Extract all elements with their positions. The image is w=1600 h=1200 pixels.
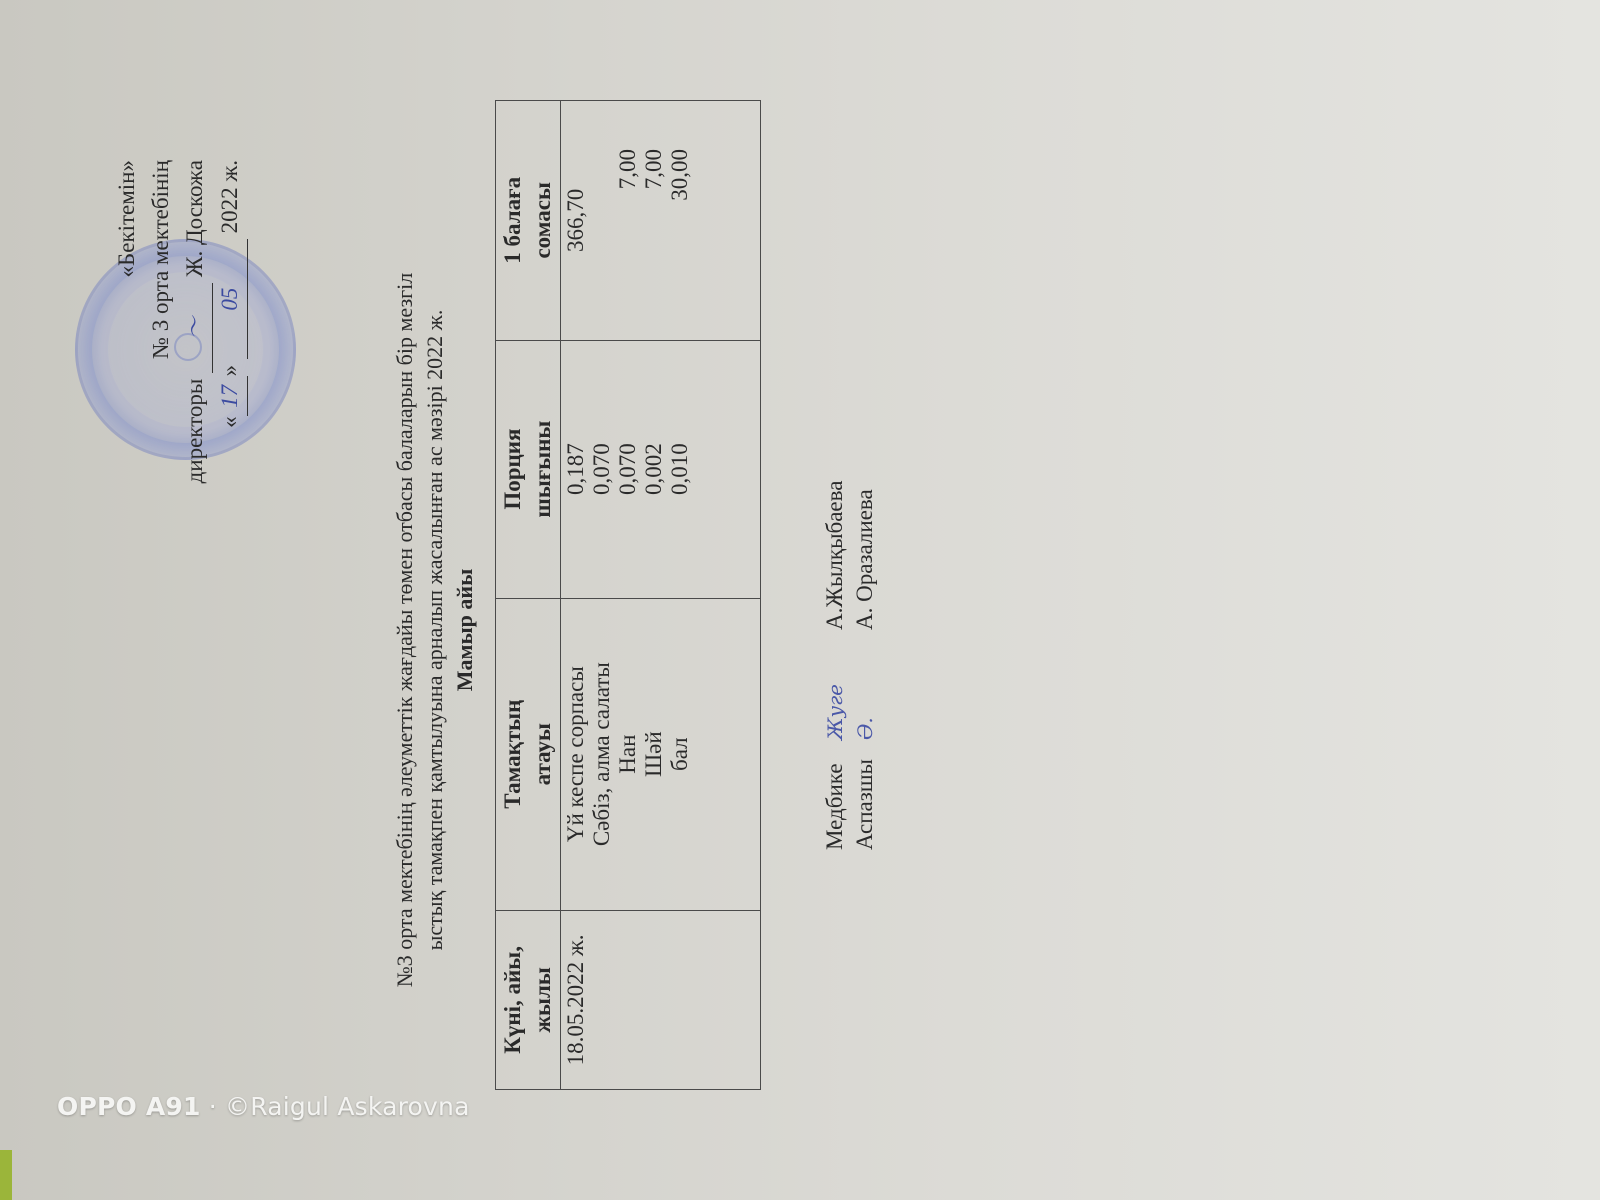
header-portion: Порция шығыны — [496, 340, 561, 598]
cell-portion: 0,187 0,070 0,070 0,002 0,010 — [561, 340, 761, 598]
food-item: Үй кеспе сорпасы — [563, 607, 589, 902]
sum-value: 7,00 — [615, 109, 641, 332]
header-sum-line-1: 1 балаға — [498, 109, 528, 332]
signature-name: А. Оразалиева — [850, 489, 880, 630]
table-row: 18.05.2022 ж. Үй кеспе сорпасы Сәбіз, ал… — [561, 101, 761, 1090]
signature-role: Медбике — [820, 740, 850, 850]
food-item: Шәй — [641, 607, 667, 902]
approval-year: 2022 ж. — [217, 160, 242, 233]
header-date-line-2: жылы — [528, 919, 558, 1081]
document-title: №3 орта мектебінің әлеуметтік жағдайы тө… — [390, 100, 480, 1160]
header-sum-line-2: сомасы — [528, 109, 558, 332]
approval-month: 05 — [213, 239, 248, 359]
signature-role: Аспазшы — [850, 740, 880, 850]
camera-watermark: OPPO A91 · ©Raigul Askarovna — [57, 1092, 470, 1121]
date-quote-open: « — [217, 416, 242, 428]
portion-value: 0,187 — [563, 349, 589, 590]
approval-date: «17» 05 2022 ж. — [213, 160, 248, 600]
food-item: Нан — [615, 607, 641, 902]
approval-director-line: директоры 〜 Ж. Доскожа — [178, 160, 213, 600]
header-date-line-1: Күні, айы, — [498, 919, 528, 1081]
watermark-credit: ©Raigul Askarovna — [225, 1092, 470, 1121]
header-food: Тамақтың атауы — [496, 598, 561, 910]
title-line-2: ыстық тамақпен қамтылуына арналып жасалы… — [420, 100, 450, 1160]
approval-day: 17 — [213, 376, 248, 416]
watermark-brand: OPPO A91 — [57, 1092, 201, 1121]
background-object — [0, 1150, 12, 1200]
header-portion-line-2: шығыны — [528, 349, 558, 590]
approval-school: № 3 орта мектебінің — [144, 160, 178, 600]
handwritten-signature: Жуге — [820, 630, 850, 740]
header-sum: 1 балаға сомасы — [496, 101, 561, 341]
approval-heading: «Бекітемін» — [110, 160, 144, 600]
watermark-separator: · — [201, 1092, 225, 1121]
signatures-block: Медбике Жуге А.Жылқыбаева Аспазшы Ә. А. … — [820, 290, 880, 850]
director-label: директоры — [182, 379, 207, 484]
sum-value: 30,00 — [667, 109, 693, 332]
document-page: «Бекітемін» № 3 орта мектебінің директор… — [100, 100, 960, 1160]
signature-name: А.Жылқыбаева — [820, 481, 850, 630]
header-portion-line-1: Порция — [498, 349, 528, 590]
portion-value: 0,010 — [667, 349, 693, 590]
signature-row-nurse: Медбике Жуге А.Жылқыбаева — [820, 290, 850, 850]
header-food-line-2: атауы — [528, 607, 558, 902]
title-month: Мамыр айы — [450, 100, 480, 1160]
handwritten-signature: Ә. — [850, 630, 880, 740]
sum-value: 366,70 — [563, 109, 589, 332]
portion-value: 0,070 — [589, 349, 615, 590]
food-item: Сәбіз, алма салаты — [589, 607, 615, 902]
date-quote-close: » — [217, 365, 242, 377]
header-food-line-1: Тамақтың — [498, 607, 528, 902]
menu-table: Күні, айы, жылы Тамақтың атауы Порция шы… — [495, 100, 761, 1090]
director-signature: 〜 — [178, 283, 213, 373]
director-name: Ж. Доскожа — [182, 160, 207, 277]
signature-row-cook: Аспазшы Ә. А. Оразалиева — [850, 290, 880, 850]
title-line-1: №3 орта мектебінің әлеуметтік жағдайы тө… — [390, 100, 420, 1160]
cell-date: 18.05.2022 ж. — [561, 910, 761, 1089]
approval-block: «Бекітемін» № 3 орта мектебінің директор… — [110, 160, 248, 600]
portion-value: 0,070 — [615, 349, 641, 590]
table-header-row: Күні, айы, жылы Тамақтың атауы Порция шы… — [496, 101, 561, 1090]
sum-value: 7,00 — [641, 109, 667, 332]
header-date: Күні, айы, жылы — [496, 910, 561, 1089]
cell-food: Үй кеспе сорпасы Сәбіз, алма салаты Нан … — [561, 598, 761, 910]
portion-value: 0,002 — [641, 349, 667, 590]
sum-value — [589, 109, 615, 332]
cell-sum: 366,70 7,00 7,00 30,00 — [561, 101, 761, 341]
food-item: бал — [667, 607, 693, 902]
